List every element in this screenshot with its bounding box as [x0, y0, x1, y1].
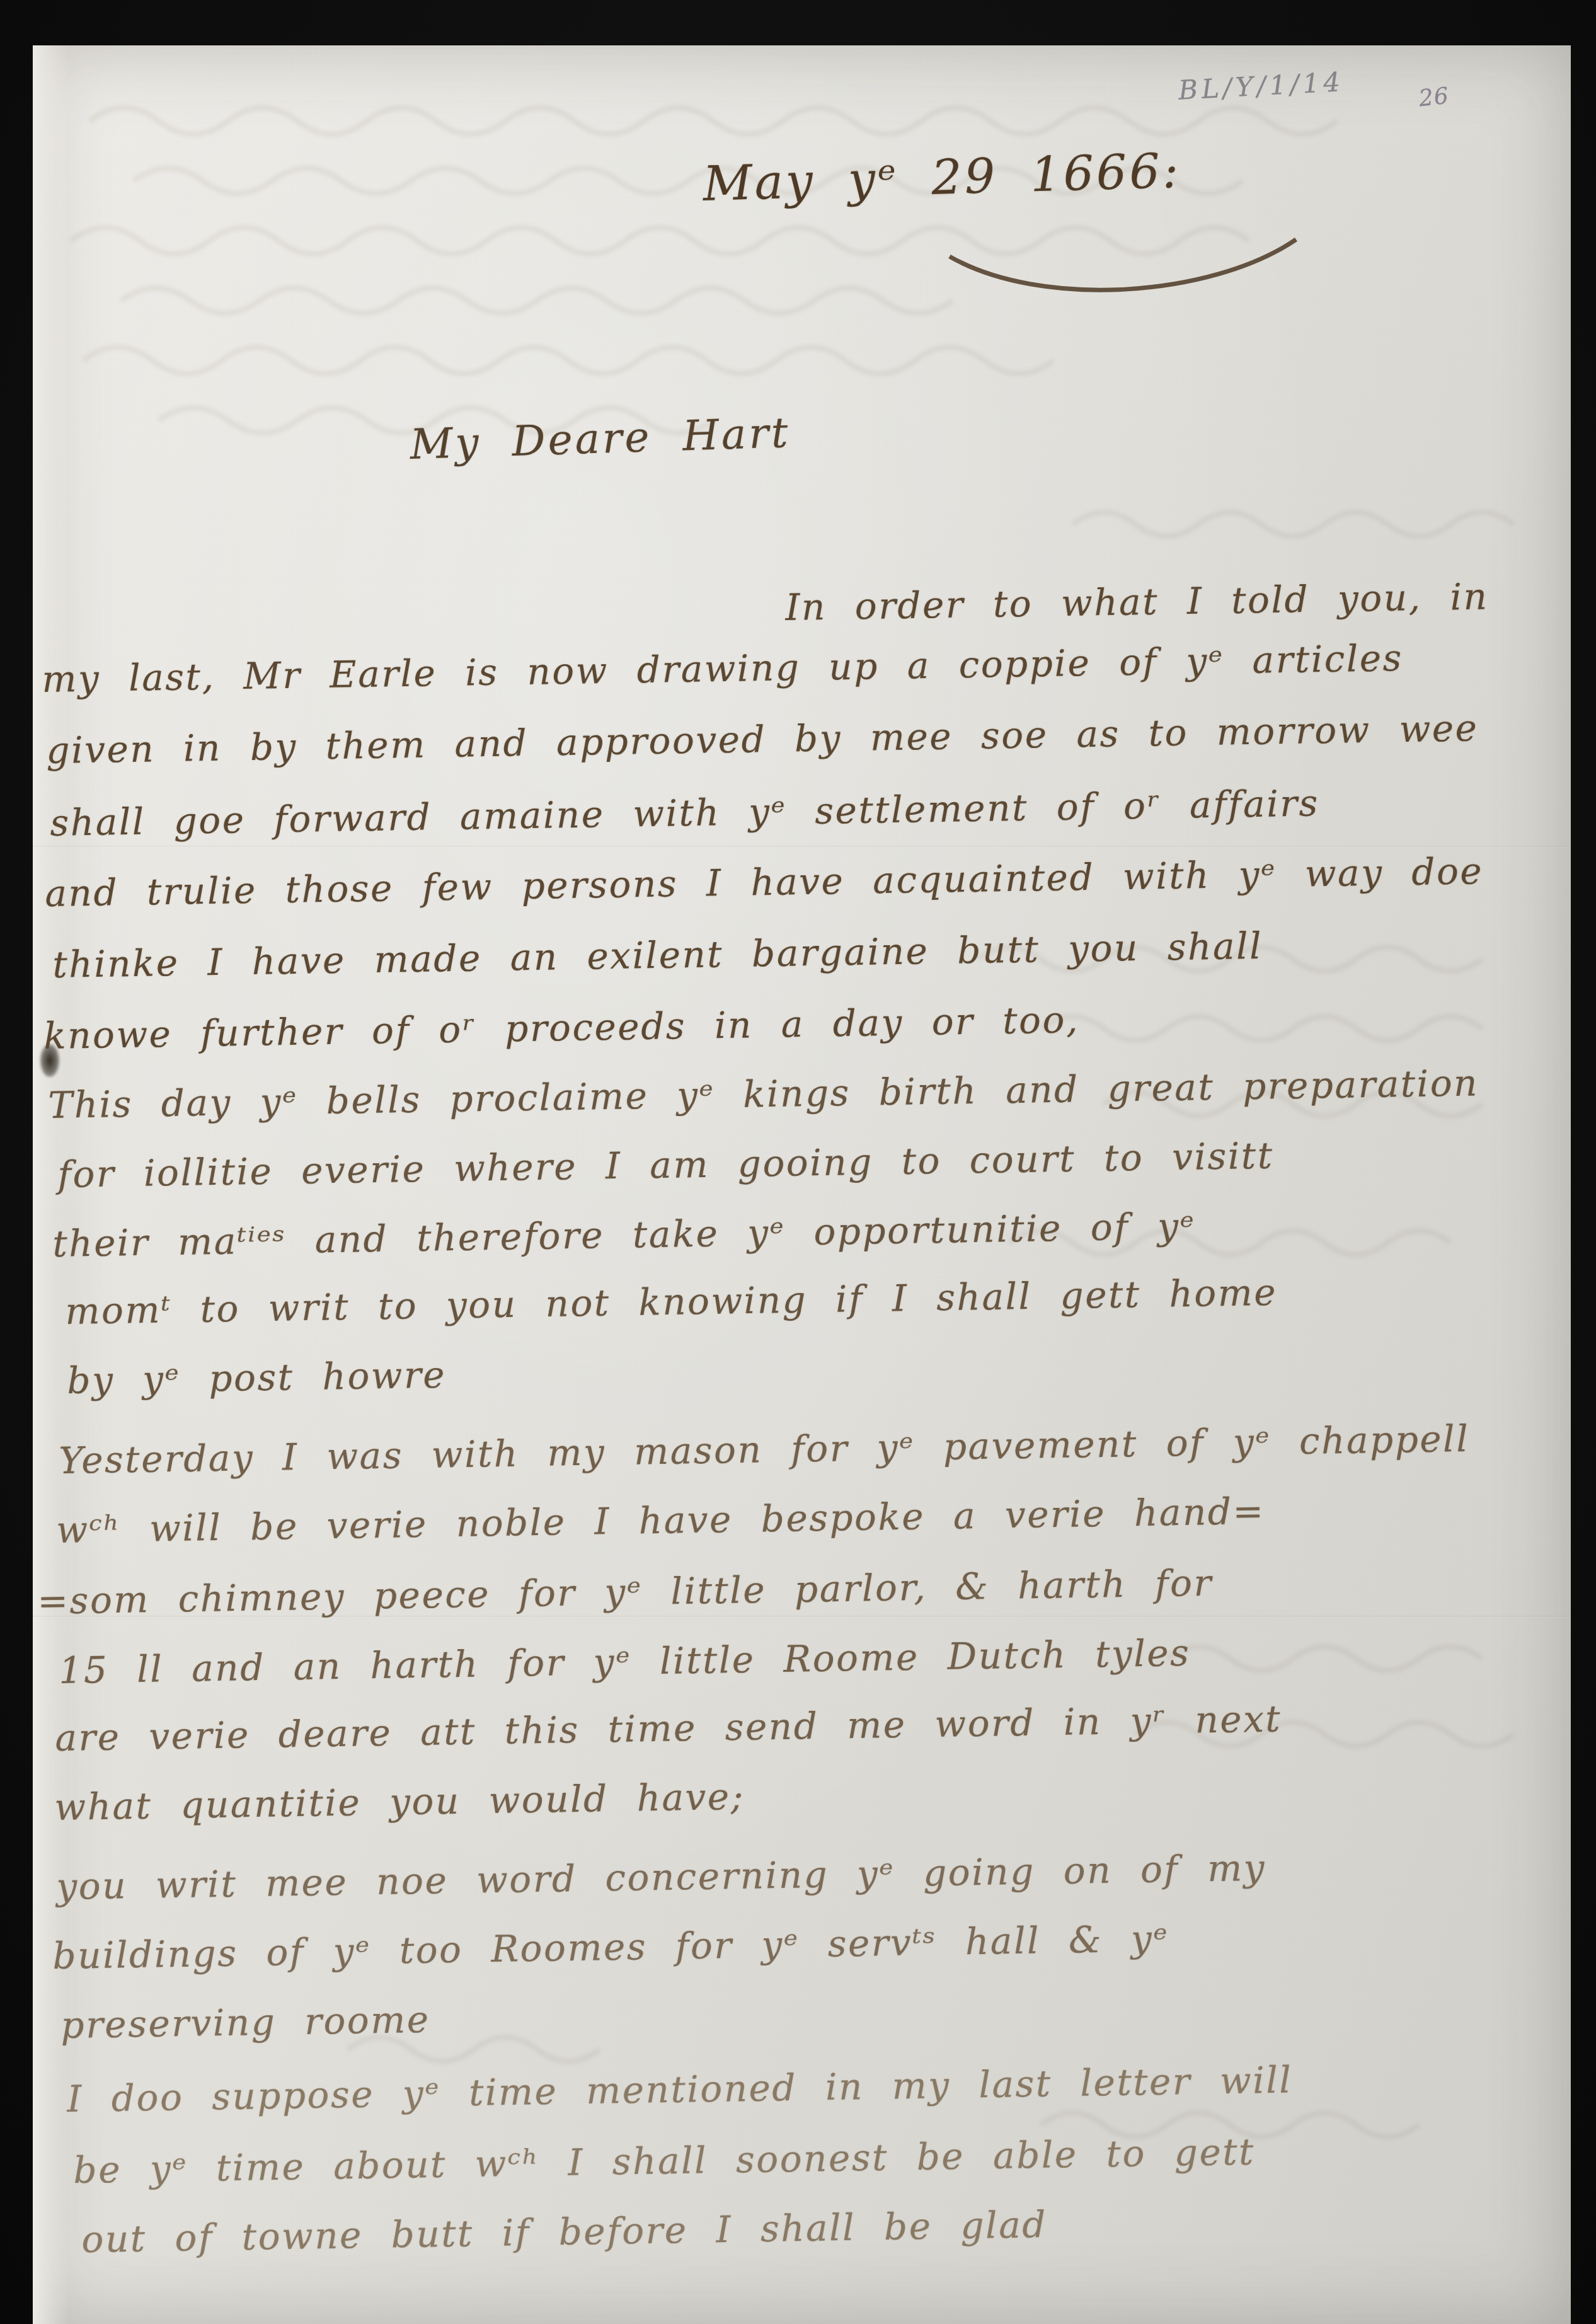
letter-line: I doo suppose yᵉ time mentioned in my la…: [67, 2058, 1293, 2120]
letter-line: my last, Mr Earle is now drawing up a co…: [42, 636, 1403, 701]
letter-line: This day yᵉ bells proclaime yᵉ kings bir…: [48, 1061, 1479, 1127]
date-underline-flourish: [940, 234, 1306, 316]
letter-line: preserving roome: [60, 1998, 430, 2047]
paper-crease: [33, 846, 1571, 848]
letter-line: are verie deare att this time send me wo…: [55, 1697, 1282, 1759]
date-line: May yᵉ 29 1666:: [703, 142, 1182, 212]
letter-line: Yesterday I was with my mason for yᵉ pav…: [59, 1417, 1470, 1482]
letter-line: given in by them and approoved by mee so…: [46, 706, 1479, 772]
letter-line: knowe further of oʳ proceeds in a day or…: [43, 998, 1079, 1057]
photograph-background: { "document": { "archive_reference": "BL…: [0, 0, 1596, 2324]
letter-line: out of towne butt if before I shall be g…: [81, 2203, 1047, 2261]
letter-line: shall goe forward amaine with yᵉ settlem…: [50, 781, 1319, 844]
letter-line: you writ mee noe word concerning yᵉ goin…: [56, 1846, 1266, 1908]
letter-line: be yᵉ time about wᶜʰ I shall soonest be …: [73, 2131, 1255, 2192]
archive-reference: BL/Y/1/14: [1178, 66, 1345, 106]
letter-line: for iollitie everie where I am gooing to…: [57, 1134, 1274, 1196]
letter-line: wᶜʰ will be verie noble I have bespoke a…: [56, 1490, 1265, 1551]
letter-line: their maᵗⁱᵉˢ and therefore take yᵉ oppor…: [52, 1205, 1196, 1265]
letter-line: =som chimney peece for yᵉ little parlor,…: [37, 1562, 1213, 1623]
letter-line: by yᵉ post howre: [67, 1354, 447, 1402]
letter-line: momᵗ to writ to you not knowing if I sha…: [65, 1271, 1278, 1333]
letter-line: thinke I have made an exilent bargaine b…: [52, 924, 1263, 986]
letter-line: 15 ll and an harth for yᵉ little Roome D…: [59, 1631, 1191, 1692]
letter-line: buildings of yᵉ too Roomes for yᵉ servᵗˢ…: [52, 1917, 1169, 1977]
folio-number: 26: [1418, 83, 1450, 112]
letter-line: what quantitie you would have;: [54, 1775, 745, 1829]
salutation: My Deare Hart: [410, 408, 791, 469]
letter-line: and trulie those few persons I have acqu…: [45, 849, 1484, 915]
letter-line: In order to what I told you, in: [785, 575, 1489, 629]
letter-page: BL/Y/1/14 26 May yᵉ 29 1666: My Deare Ha…: [33, 45, 1571, 2324]
